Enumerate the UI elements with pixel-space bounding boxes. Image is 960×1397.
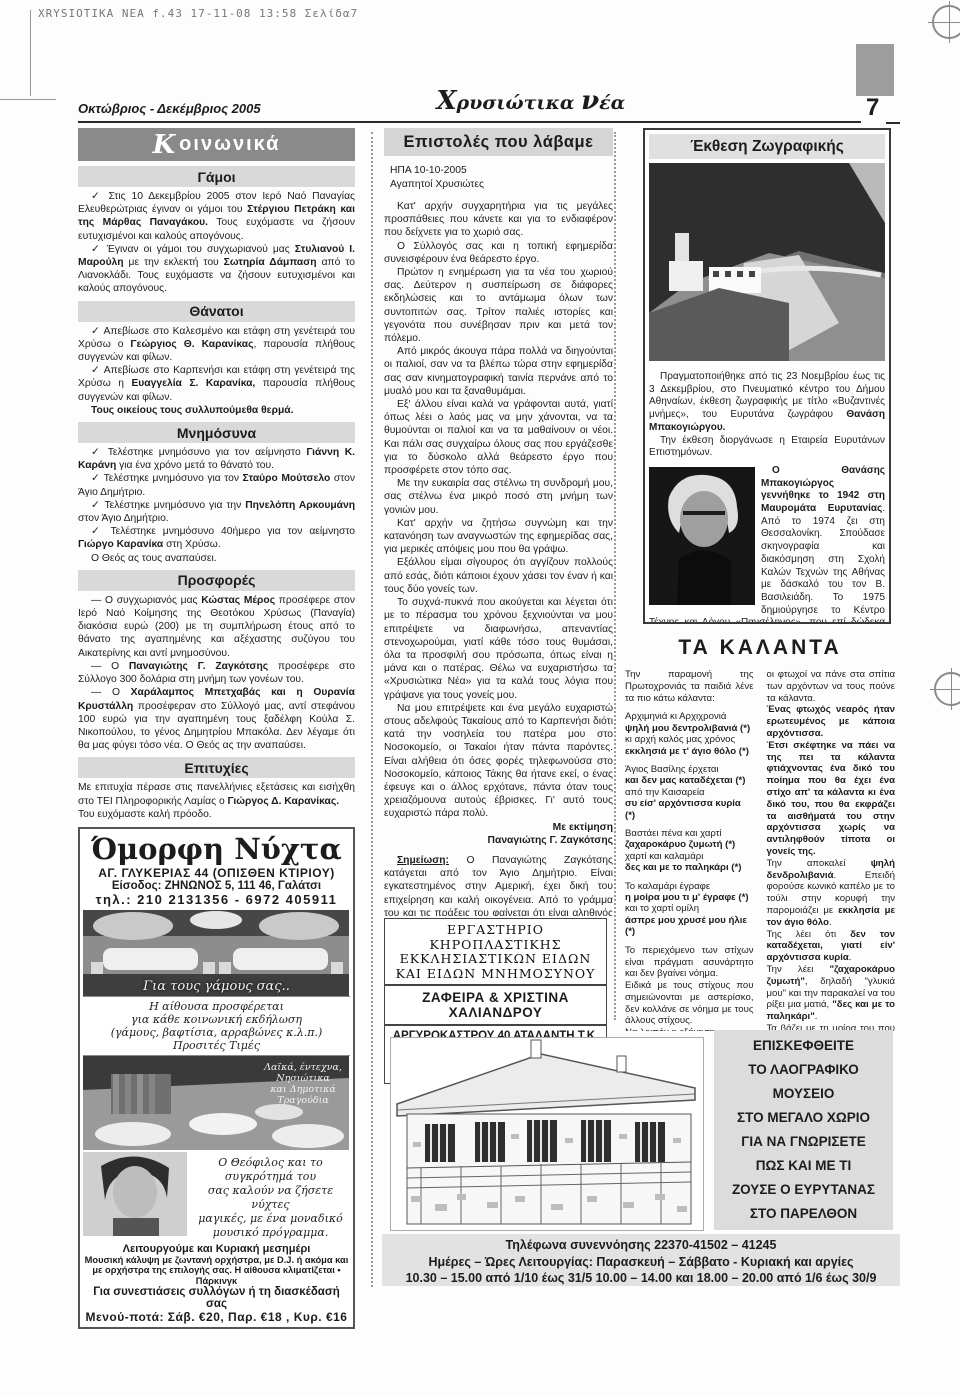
paragraph: Άγιος Βασίλης έρχεται bbox=[625, 764, 754, 775]
subsection-header-gamoi: Γάμοι bbox=[78, 166, 355, 187]
kalanta-left-column: Την παραμονή της Πρωτοχρονιάς τα παιδιά … bbox=[625, 669, 754, 1031]
paragraph: Το καλαμάρι έγραφε bbox=[625, 881, 754, 892]
mnimosyna-paragraphs: ✓ Τελέστηκε μνημόσυνο για τον αείμνηστο … bbox=[78, 446, 355, 565]
artist-portrait-image bbox=[649, 467, 755, 605]
wax-ad-title-lines: ΕΡΓΑΣΤΗΡΙΟ ΚΗΡΟΠΛΑΣΤΙΚΗΣΕΚΚΛΗΣΙΑΣΤΙΚΩΝ Ε… bbox=[385, 919, 606, 984]
paragraph: Πρώτον η ενημέρωση για τα νέα του χωριού… bbox=[384, 266, 613, 345]
banquet-hall-photo-1: Για τους γάμους σας.. bbox=[83, 910, 350, 996]
museum-house-drawing bbox=[390, 1037, 704, 1231]
column-separator-left bbox=[371, 132, 373, 1287]
paragraph: και το χαρτί ομίλη bbox=[625, 903, 754, 914]
prosfores-paragraphs: — Ο συγχωριανός μας Κώστας Μέρος προσέφε… bbox=[78, 594, 355, 752]
venue-ad-prices: Μενού-ποτά: Σάβ. €20, Παρ. €18 , Κυρ. €1… bbox=[83, 1310, 350, 1324]
band-leader-photo bbox=[83, 1152, 187, 1241]
crop-mark-horizontal bbox=[0, 99, 56, 100]
subsection-header-mnimosyna: Μνημόσυνα bbox=[78, 422, 355, 443]
paragraph: ✓ Τελέστηκε μνημόσυνο 40ήμερο για τον αε… bbox=[78, 525, 355, 551]
text-line: 10.30 – 15.00 από 1/10 έως 31/5 10.00 – … bbox=[382, 1270, 900, 1287]
paragraph: Ο Σύλλογός σας και η τοπική εφημερίδα συ… bbox=[384, 240, 613, 266]
column-exhibition: Έκθεση Ζωγραφικής Πραγματοποιή bbox=[625, 128, 895, 1031]
paragraph: Ένας φτωχός νεαρός ήταν ερωτευμένος με κ… bbox=[767, 704, 896, 739]
registration-mark-top bbox=[932, 5, 960, 39]
title2-initial: ν bbox=[581, 86, 599, 116]
paragraph: Την λέει "ζαχαροκάρυο ζυμωτή", δηλαδή "γ… bbox=[767, 964, 896, 1023]
paragraph: ✓ Τελέστηκε μνημόσυνο για τον αείμνηστο … bbox=[78, 446, 355, 472]
exhibition-bio: Ο Θανάσης Μπακογιώργος γεννήθηκε το 1942… bbox=[649, 465, 885, 624]
kalanta-right-column: οι φτωχοί να πάνε στα σπίτια των αρχόντω… bbox=[767, 669, 896, 1031]
paragraph: Την έκθεση διοργάνωσε η Εταιρεία Ευρυτάν… bbox=[649, 435, 885, 460]
gamoi-paragraphs: ✓ Στις 10 Δεκεμβρίου 2005 στον Ιερό Ναό … bbox=[78, 190, 355, 296]
venue-ad-band-row: Ο Θεόφιλος και το συγκρότημά τουσας καλο… bbox=[83, 1152, 350, 1241]
paragraph: Από μικρός άκουγα πάρα πολλά να διηγούντ… bbox=[384, 345, 613, 398]
text-line: Νησιώτικα bbox=[264, 1073, 342, 1084]
paragraph: οι φτωχοί να πάνε στα σπίτια των αρχόντω… bbox=[767, 669, 896, 704]
paragraph: Αρχιμηνιά κι Αρχιχρονιά bbox=[625, 711, 754, 722]
paragraph: ✓ Στις 10 Δεκεμβρίου 2005 στον Ιερό Ναό … bbox=[78, 190, 355, 243]
band-invite-text: Ο Θεόφιλος και το συγκρότημά τουσας καλο… bbox=[187, 1152, 350, 1241]
koinonika-initial: Κ bbox=[153, 130, 178, 160]
paragraph: Την αποκαλεί ψηλή δενδρολιβανιά. Επειδή … bbox=[767, 858, 896, 929]
text-line: ΤΟ ΛΑΟΓΡΑΦΙΚΟ bbox=[714, 1058, 893, 1082]
paragraph: από την Καισαρεία bbox=[625, 787, 754, 798]
section-header-koinonika: Κοινωνικά bbox=[78, 128, 355, 161]
exhibition-painting-image bbox=[649, 163, 885, 366]
photo1-caption: Για τους γάμους σας.. bbox=[83, 979, 350, 994]
letter-paragraphs: Κατ' αρχήν συγχαρητήρια για τις μεγάλες … bbox=[384, 200, 613, 916]
letter-dateline: ΗΠΑ 10-10-2005 bbox=[390, 164, 613, 178]
column-letters: Επιστολές που λάβαμε ΗΠΑ 10-10-2005 Αγαπ… bbox=[384, 128, 613, 916]
paragraph: — Ο συγχωριανός μας Κώστας Μέρος προσέφε… bbox=[78, 594, 355, 660]
paragraph: εκκλησιά με τ' άγιο θόλο (*) bbox=[625, 746, 754, 757]
text-line: ΕΚΚΛΗΣΙΑΣΤΙΚΩΝ ΕΙΔΩΝ bbox=[385, 952, 606, 967]
text-line: μαγικές, με ένα μοναδικό bbox=[193, 1212, 348, 1226]
paragraph: ✓ Απεβίωσε στο Καρπενήσι και ετάφη στη γ… bbox=[78, 364, 355, 404]
text-line: μουσικό πρόγραμμα. bbox=[193, 1226, 348, 1240]
paragraph: Πραγματοποιήθηκε από τις 23 Νοεμβρίου έω… bbox=[649, 371, 885, 435]
subsection-header-thanatoi: Θάνατοι bbox=[78, 301, 355, 322]
paragraph: Το συχνά-πυκνά που ακούγεται και λέγεται… bbox=[384, 596, 613, 702]
paragraph: Να μου επιτρέψετε και ένα μεγάλο ευχαρισ… bbox=[384, 702, 613, 821]
crop-mark-vertical bbox=[30, 10, 31, 96]
letter-heading-block: ΗΠΑ 10-10-2005 Αγαπητοί Χρυσιώτες bbox=[390, 164, 613, 192]
text-line: (γάμους, βαφτίσια, αρραβώνες κ.λ.π.) bbox=[83, 1026, 350, 1039]
paragraph: Το περιεχόμενο των στίχων είναι πράγματι… bbox=[625, 945, 754, 980]
paragraph: ✓ Έγιναν οι γάμοι του συγχωριανού μας Στ… bbox=[78, 243, 355, 296]
venue-ad-phone: τηλ.: 210 2131356 - 6972 405911 bbox=[83, 892, 350, 907]
text-line: Λαϊκά, έντεχνα, bbox=[264, 1062, 342, 1073]
photo2-overlay-text: Λαϊκά, έντεχνα,Νησιώτικακαι ΔημοτικάΤραγ… bbox=[264, 1062, 342, 1106]
text-line: σας καλούν να ζήσετε νύχτες bbox=[193, 1184, 348, 1212]
paragraph: Της λέει ότι δεν τον καταδέχεται, γιατί … bbox=[767, 929, 896, 964]
text-line: ΜΟΥΣΕΙΟ bbox=[714, 1082, 893, 1106]
kalanta-columns: Την παραμονή της Πρωτοχρονιάς τα παιδιά … bbox=[625, 669, 895, 1031]
epityxies-paragraphs: Με επιτυχία πέρασε στις πανελλήνιες εξετ… bbox=[78, 781, 355, 821]
paragraph: η μοίρα μου τι μ' έγραφε (*) bbox=[625, 892, 754, 903]
venue-ad-line2: Μουσική κάλυψη με ζωντανή ορχήστρα, με D… bbox=[83, 1255, 350, 1287]
text-line: για κάθε κοινωνική εκδήλωση bbox=[83, 1013, 350, 1026]
museum-info-bar: Τηλέφωνα συνεννόησης 22370-41502 – 41245… bbox=[382, 1234, 900, 1286]
paragraph: Κατ' αρχήν να ζητήσω συγνώμη και την κατ… bbox=[384, 517, 613, 557]
paragraph: ζαχαροκάρυο ζυμωτή (*) bbox=[625, 839, 754, 850]
paragraph: άσπρε μου χρυσέ μου ήλιε (*) bbox=[625, 915, 754, 938]
paragraph: Με επιτυχία πέρασε στις πανελλήνιες εξετ… bbox=[78, 781, 355, 807]
venue-ad-line3: Για συνεστιάσεις συλλόγων ή τη διασκέδασ… bbox=[83, 1286, 350, 1310]
exhibition-header: Έκθεση Ζωγραφικής bbox=[649, 134, 885, 159]
paragraph: Με εκτίμηση bbox=[384, 821, 613, 834]
paragraph: συ είσ' αρχόντισσα κυρία (*) bbox=[625, 798, 754, 821]
venue-advertisement: Όμορφη Νύχτα ΑΓ. ΓΛΥΚΕΡΙΑΣ 44 (ΟΠΙΣΘΕΝ Κ… bbox=[78, 827, 355, 1330]
text-line: ΖΟΥΣΕ Ο ΕΥΡΥΤΑΝΑΣ bbox=[714, 1178, 893, 1202]
wax-ad-owners: ΖΑΦΕΙΡΑ & ΧΡΙΣΤΙΝΑ ΧΑΛΙΑΝΔΡΟΥ bbox=[385, 984, 606, 1026]
subsection-header-prosfores: Προσφορές bbox=[78, 570, 355, 591]
text-line: ΕΡΓΑΣΤΗΡΙΟ ΚΗΡΟΠΛΑΣΤΙΚΗΣ bbox=[385, 923, 606, 952]
issue-date: Οκτώβριος - Δεκέμβριος 2005 bbox=[78, 101, 261, 116]
paragraph: ψηλή μου δεντρολιβανιά (*) bbox=[625, 723, 754, 734]
text-line: Ημέρες – Ώρες Λειτουργίας: Παρασκευή – Σ… bbox=[382, 1254, 900, 1271]
paragraph: ✓ Τελέστηκε μνημόσυνο για την Πηνελόπη Α… bbox=[78, 499, 355, 525]
text-line: Η αίθουσα προσφέρεται bbox=[83, 1000, 350, 1013]
text-line: ΣΤΟ ΜΕΓΑΛΟ ΧΩΡΙΟ bbox=[714, 1106, 893, 1130]
text-line: ΠΩΣ ΚΑΙ ΜΕ ΤΙ bbox=[714, 1154, 893, 1178]
paragraph: χαρτί και καλαμάρι bbox=[625, 851, 754, 862]
paragraph: Έτσι σκέφτηκε να πάει να της πει τα κάλα… bbox=[767, 740, 896, 858]
text-line: Προσιτές Τιμές bbox=[83, 1039, 350, 1052]
text-line: Τραγούδια bbox=[264, 1095, 342, 1106]
paragraph: Ειδικά με τους στίχους που σημειώνονται … bbox=[625, 980, 754, 1027]
exhibition-intro: Πραγματοποιήθηκε από τις 23 Νοεμβρίου έω… bbox=[649, 371, 885, 460]
paragraph: Βαστάει πένα και χαρτί bbox=[625, 828, 754, 839]
paragraph: Εξ' άλλου είναι καλά να γράφονται αυτά, … bbox=[384, 398, 613, 477]
paragraph: Παναγιώτης Γ. Ζαγκότσης bbox=[384, 834, 613, 847]
paragraph: ✓ Απεβίωσε στο Καλεσμένο και ετάφη στη γ… bbox=[78, 325, 355, 365]
page-number: 7 bbox=[866, 94, 879, 122]
venue-ad-address1: ΑΓ. ΓΛΥΚΕΡΙΑΣ 44 (ΟΠΙΣΘΕΝ ΚΤΙΡΙΟΥ) bbox=[83, 866, 350, 880]
exhibition-box: Έκθεση Ζωγραφικής Πραγματοποιή bbox=[643, 128, 891, 624]
subsection-header-epityxies: Επιτυχίες bbox=[78, 757, 355, 778]
paragraph: ✓ Τελέστηκε μνημόσυνο για τον Σταύρο Μού… bbox=[78, 472, 355, 498]
title-rest: ρυσιώτικα bbox=[457, 92, 582, 114]
page-number-dash bbox=[886, 122, 900, 124]
letters-header: Επιστολές που λάβαμε bbox=[384, 128, 613, 156]
text-line: Ο Θεόφιλος και το συγκρότημά του bbox=[193, 1156, 348, 1184]
print-proof-header: XRYSIOTIKA NEA f.43 17-11-08 13:58 Σελίδ… bbox=[38, 7, 358, 20]
venue-ad-address2: Είσοδος: ΖΗΝΩΝΟΣ 5, 111 46, Γαλάτσι bbox=[83, 880, 350, 892]
newspaper-title: Χρυσιώτικα νέα bbox=[261, 86, 801, 116]
newspaper-page: XRYSIOTIKA NEA f.43 17-11-08 13:58 Σελίδ… bbox=[0, 0, 960, 1397]
title-initial: Χ bbox=[436, 86, 456, 116]
paragraph: Με την ευκαιρία σας στέλνω τη συνδρομή μ… bbox=[384, 477, 613, 517]
paragraph: Ο Θεός ας τους αναπαύσει. bbox=[78, 552, 355, 565]
text-line: και Δημοτικά bbox=[264, 1084, 342, 1095]
registration-mark-right bbox=[934, 672, 960, 706]
paragraph: — Ο Χαράλαμπος Μπετχαβάς και η Ουρανία Κ… bbox=[78, 686, 355, 752]
text-line: ΕΠΙΣΚΕΦΘΕΙΤΕ bbox=[714, 1034, 893, 1058]
text-line: ΚΑΙ ΕΙΔΩΝ ΜΝΗΜΟΣΥΝΟΥ bbox=[385, 967, 606, 982]
letter-salutation: Αγαπητοί Χρυσιώτες bbox=[390, 178, 613, 192]
kalanta-title: ΤΑ ΚΑΛΑΝΤΑ bbox=[625, 636, 895, 660]
paragraph: Του ευχόμαστε καλή πρόοδο. bbox=[78, 808, 355, 821]
koinonika-rest: οινωνικά bbox=[179, 133, 280, 156]
thanatoi-paragraphs: ✓ Απεβίωσε στο Καλεσμένο και ετάφη στη γ… bbox=[78, 325, 355, 417]
paragraph: Σημείωση: Ο Παναγιώτης Ζαγκότσης κατάγετ… bbox=[384, 854, 613, 916]
paragraph: Τους οικείους τους συλλυπούμεθα θερμά. bbox=[78, 404, 355, 417]
paragraph: Την παραμονή της Πρωτοχρονιάς τα παιδιά … bbox=[625, 669, 754, 704]
corner-gray-tab bbox=[856, 44, 894, 96]
venue-ad-line1: Λειτουργούμε και Κυριακή μεσημέρι bbox=[83, 1243, 350, 1255]
venue-ad-script-panel: Η αίθουσα προσφέρεταιγια κάθε κοινωνική … bbox=[83, 996, 350, 1056]
paragraph: Εξάλλου είμαι σίγουρος ότι αγγίζουν πολλ… bbox=[384, 556, 613, 596]
paragraph: Κατ' αρχήν συγχαρητήρια για τις μεγάλες … bbox=[384, 200, 613, 240]
column-separator-right bbox=[614, 132, 616, 1020]
column-social: Κοινωνικά Γάμοι ✓ Στις 10 Δεκεμβρίου 200… bbox=[78, 128, 355, 1329]
title2-rest: έα bbox=[599, 92, 625, 114]
masthead: Οκτώβριος - Δεκέμβριος 2005 Χρυσιώτικα ν… bbox=[78, 86, 861, 123]
paragraph: δες και με το παληκάρι (*) bbox=[625, 862, 754, 873]
text-line: ΣΤΟ ΠΑΡΕΛΘΟΝ bbox=[714, 1202, 893, 1226]
paragraph: κι αρχή καλός μας χρόνος bbox=[625, 734, 754, 745]
museum-visit-box: ΕΠΙΣΚΕΦΘΕΙΤΕΤΟ ΛΑΟΓΡΑΦΙΚΟΜΟΥΣΕΙΟΣΤΟ ΜΕΓΑ… bbox=[714, 1030, 893, 1230]
venue-ad-title: Όμορφη Νύχτα bbox=[83, 832, 350, 866]
paragraph: και δεν μας καταδέχεται (*) bbox=[625, 775, 754, 786]
paragraph: — Ο Παναγιώτης Γ. Ζαγκότσης προσέφερε στ… bbox=[78, 660, 355, 686]
banquet-hall-photo-2: Λαϊκά, έντεχνα,Νησιώτικακαι ΔημοτικάΤραγ… bbox=[83, 1056, 350, 1150]
text-line: ΓΙΑ ΝΑ ΓΝΩΡΙΣΕΤΕ bbox=[714, 1130, 893, 1154]
text-line: Τηλέφωνα συνεννόησης 22370-41502 – 41245 bbox=[382, 1237, 900, 1254]
